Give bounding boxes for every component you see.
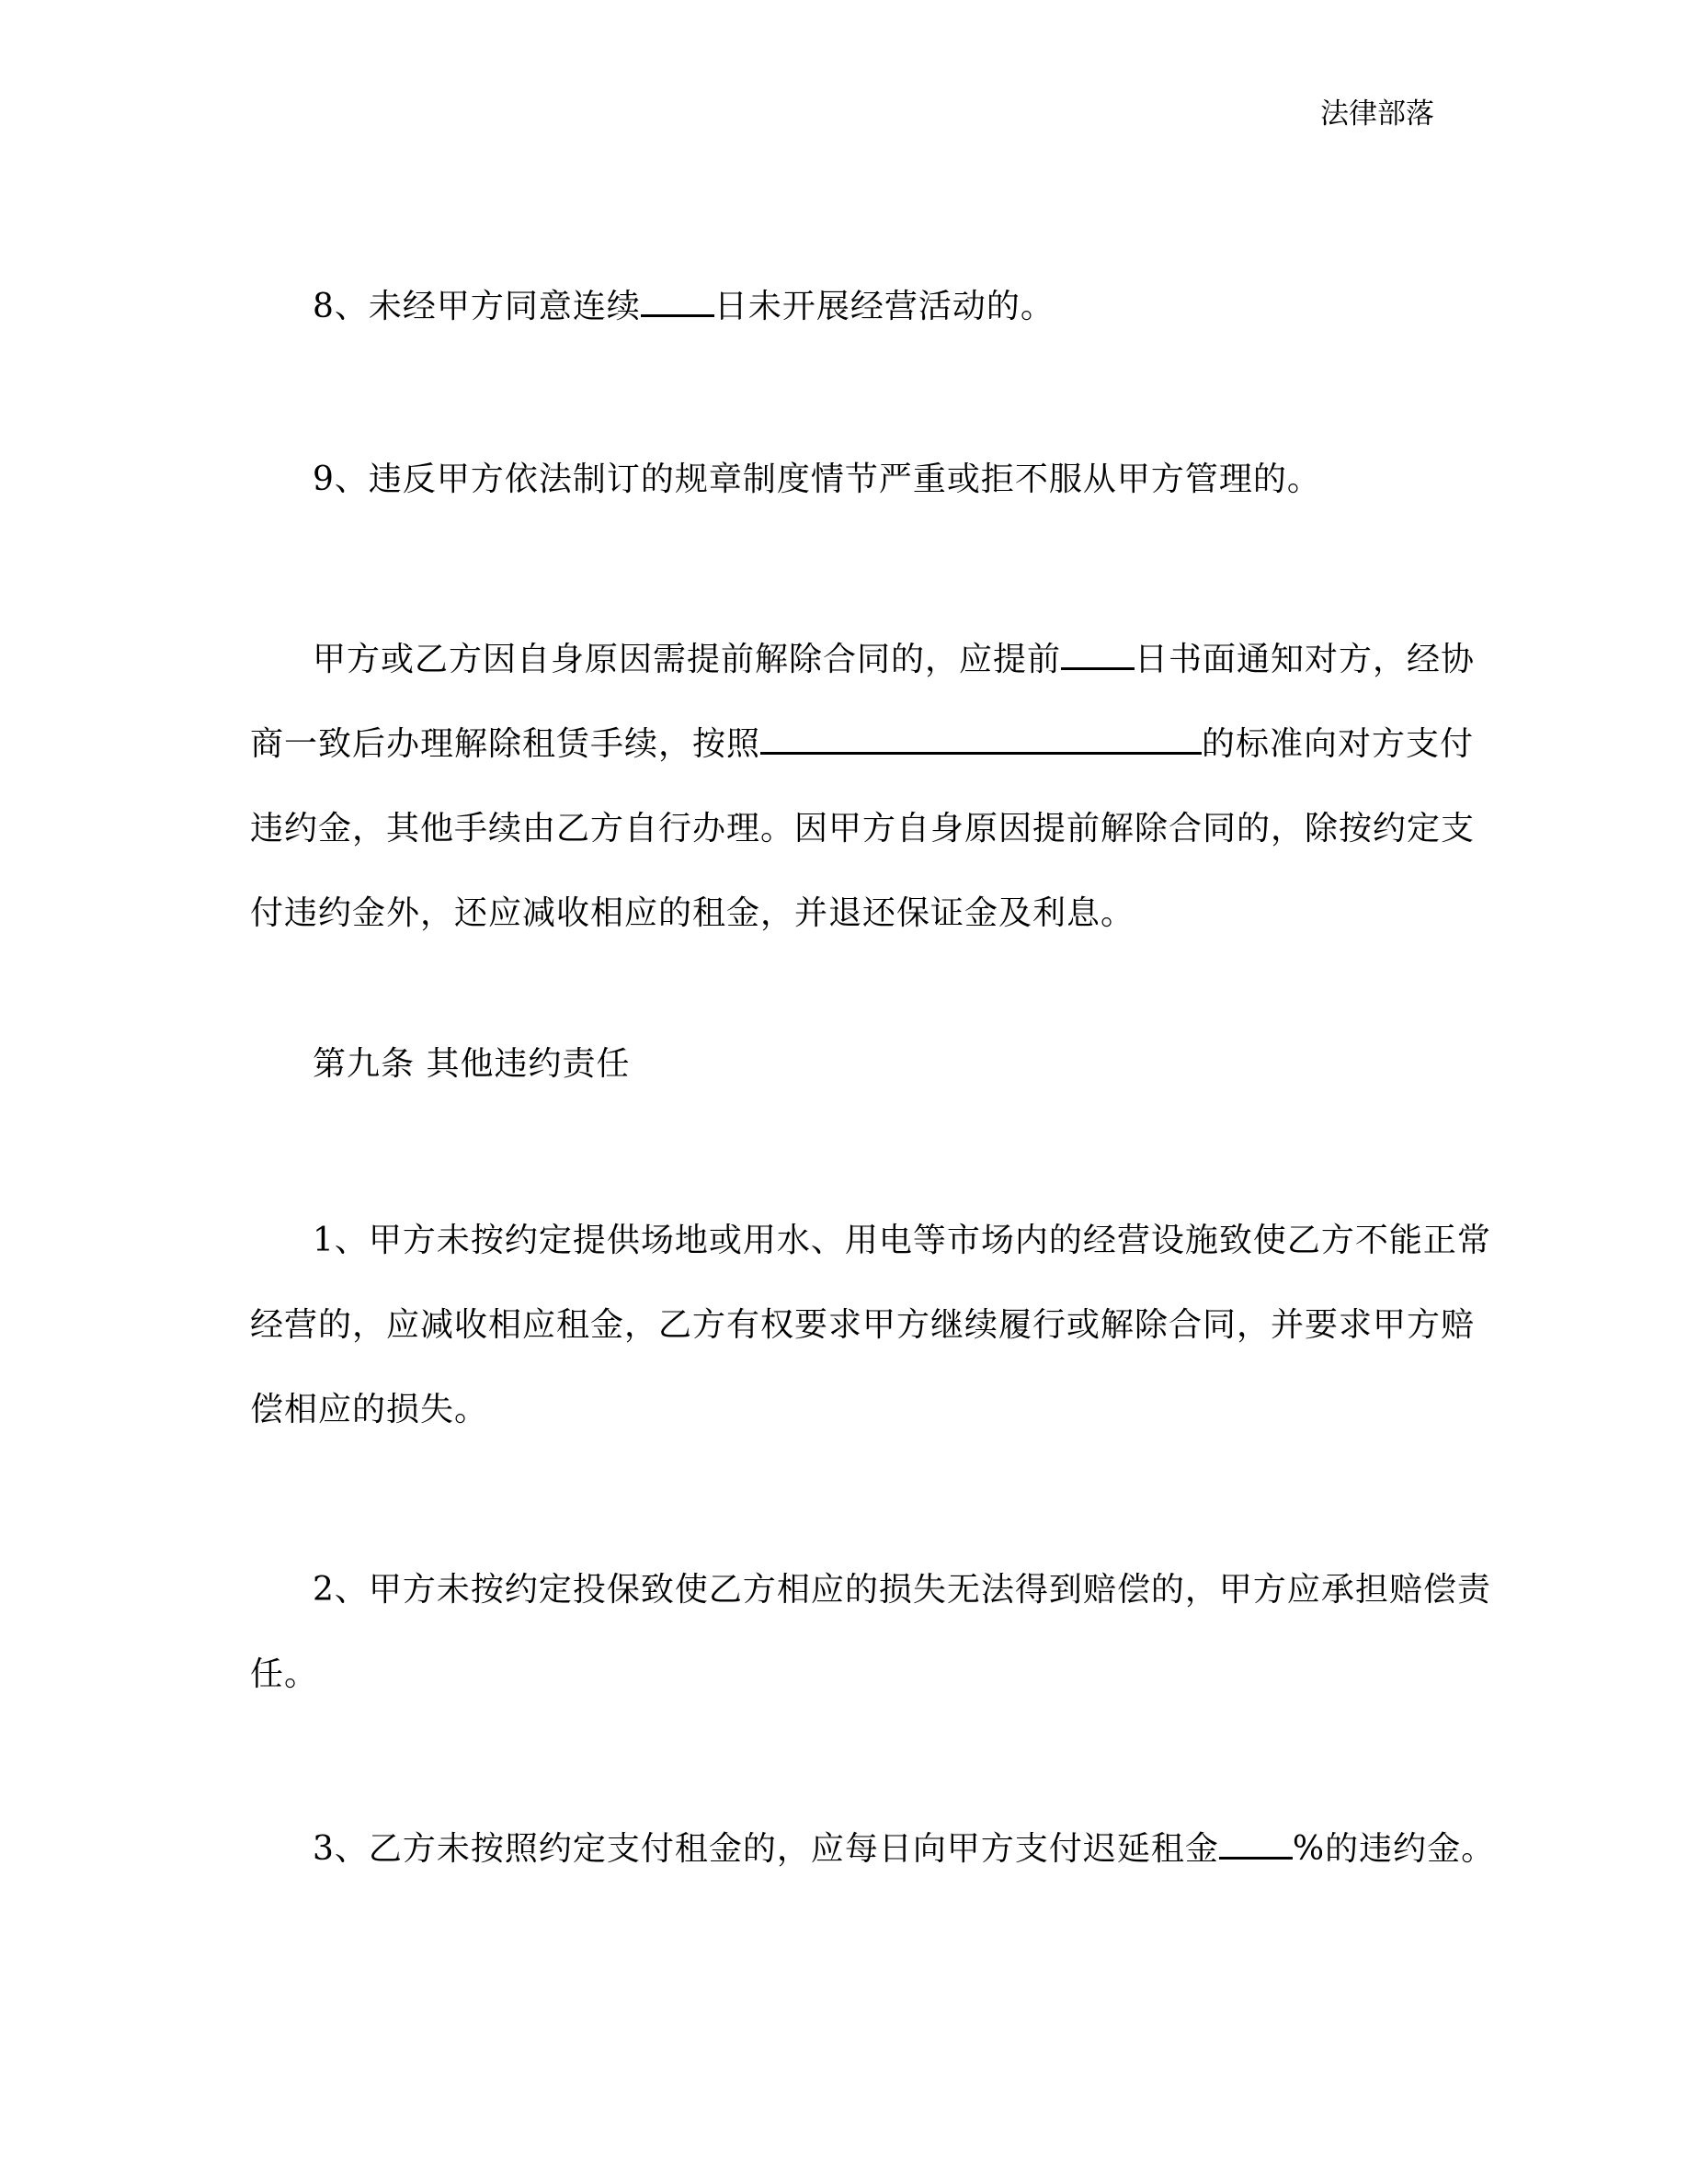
paragraph-liability-3: 3、乙方未按照约定支付租金的，应每日向甲方支付迟延租金%的违约金。 — [250, 1807, 1436, 1892]
text-line: 偿相应的损失。 — [250, 1368, 1436, 1452]
text-segment: 2、甲方未按约定投保致使乙方相应的损失无法得到赔偿的，甲方应承担赔偿责 — [313, 1571, 1491, 1609]
page-header-title: 法律部落 — [1306, 96, 1434, 132]
text-line: 任。 — [250, 1632, 1436, 1717]
text-segment: 9、违反甲方依法制订的规章制度情节严重或拒不服从甲方管理的。 — [313, 461, 1321, 498]
text-segment: 违约金，其他手续由乙方自行办理。因甲方自身原因提前解除合同的，除按约定支 — [250, 810, 1475, 847]
text-line: 甲方或乙方因自身原因需提前解除合同的，应提前日书面通知对方，经协 — [250, 618, 1436, 702]
text-segment: 商一致后办理解除租赁手续，按照 — [250, 725, 760, 763]
fill-in-blank[interactable] — [760, 724, 1202, 755]
text-line: 8、未经甲方同意连续日未开展经营活动的。 — [250, 265, 1436, 349]
text-segment: 经营的，应减收相应租金，乙方有权要求甲方继续履行或解除合同，并要求甲方赔 — [250, 1306, 1475, 1344]
text-line: 1、甲方未按约定提供场地或用水、用电等市场内的经营设施致使乙方不能正常 — [250, 1199, 1436, 1283]
article-heading: 第九条 其他违约责任 — [250, 1022, 1436, 1107]
text-line: 9、违反甲方依法制订的规章制度情节严重或拒不服从甲方管理的。 — [250, 438, 1436, 522]
text-line: 3、乙方未按照约定支付租金的，应每日向甲方支付迟延租金%的违约金。 — [250, 1807, 1436, 1892]
paragraph-item-9: 9、违反甲方依法制订的规章制度情节严重或拒不服从甲方管理的。 — [250, 438, 1436, 522]
text-line: 2、甲方未按约定投保致使乙方相应的损失无法得到赔偿的，甲方应承担赔偿责 — [250, 1548, 1436, 1632]
fill-in-blank[interactable] — [641, 287, 714, 317]
text-segment: 8、未经甲方同意连续 — [313, 288, 641, 325]
text-line: 经营的，应减收相应租金，乙方有权要求甲方继续履行或解除合同，并要求甲方赔 — [250, 1283, 1436, 1368]
text-line: 付违约金外，还应减收相应的租金，并退还保证金及利息。 — [250, 871, 1436, 956]
paragraph-early-termination: 甲方或乙方因自身原因需提前解除合同的，应提前日书面通知对方，经协 商一致后办理解… — [250, 618, 1436, 956]
text-segment: 日书面通知对方，经协 — [1135, 641, 1475, 678]
text-segment: 3、乙方未按照约定支付租金的，应每日向甲方支付迟延租金 — [313, 1830, 1219, 1868]
text-segment: 付违约金外，还应减收相应的租金，并退还保证金及利息。 — [250, 894, 1135, 932]
paragraph-liability-1: 1、甲方未按约定提供场地或用水、用电等市场内的经营设施致使乙方不能正常 经营的，… — [250, 1199, 1436, 1452]
text-segment: 偿相应的损失。 — [250, 1391, 488, 1428]
text-segment: %的违约金。 — [1293, 1830, 1495, 1868]
section-heading: 第九条 其他违约责任 — [250, 1022, 1436, 1107]
paragraph-liability-2: 2、甲方未按约定投保致使乙方相应的损失无法得到赔偿的，甲方应承担赔偿责 任。 — [250, 1548, 1436, 1717]
text-line: 违约金，其他手续由乙方自行办理。因甲方自身原因提前解除合同的，除按约定支 — [250, 787, 1436, 871]
text-segment: 任。 — [250, 1655, 318, 1693]
fill-in-blank[interactable] — [1219, 1829, 1293, 1860]
text-segment: 1、甲方未按约定提供场地或用水、用电等市场内的经营设施致使乙方不能正常 — [313, 1222, 1491, 1259]
paragraph-item-8: 8、未经甲方同意连续日未开展经营活动的。 — [250, 265, 1436, 349]
text-segment: 的标准向对方支付 — [1202, 725, 1474, 763]
text-segment: 甲方或乙方因自身原因需提前解除合同的，应提前 — [313, 641, 1061, 678]
text-line: 商一致后办理解除租赁手续，按照的标准向对方支付 — [250, 702, 1436, 787]
text-segment: 日未开展经营活动的。 — [714, 288, 1055, 325]
heading-text: 第九条 其他违约责任 — [313, 1045, 630, 1083]
fill-in-blank[interactable] — [1061, 640, 1135, 670]
